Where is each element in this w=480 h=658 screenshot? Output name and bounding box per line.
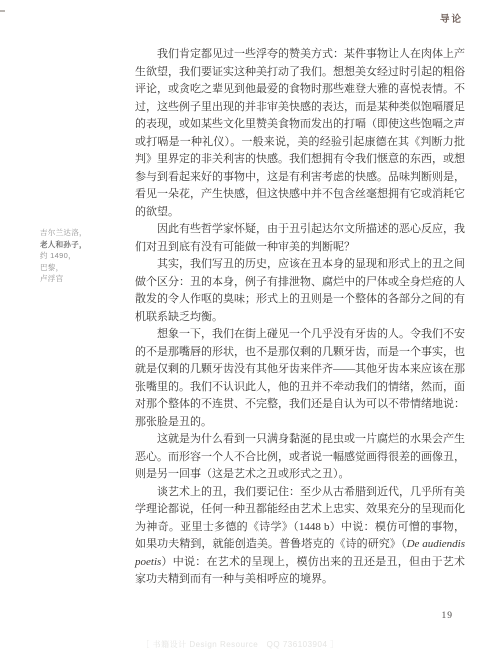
page-number: 19 bbox=[442, 611, 454, 621]
scan-edge-artifact bbox=[0, 10, 5, 12]
paragraph-text: 因此有些哲学家怀疑，由于丑引起达尔文所描述的恶心反应，我们对丑到底有没有可能做一… bbox=[135, 223, 465, 253]
caption-date: 约 1490， bbox=[40, 250, 120, 262]
body-text-column: 我们肯定都见过一些浮夸的赞美方式：某件事物让人在肉体上产生欲望，我们要证实这种美… bbox=[135, 46, 465, 589]
body-paragraph: 其实，我们写丑的历史，应该在丑本身的显现和形式上的丑之间做个区分：丑的本身，例子… bbox=[135, 256, 465, 326]
body-paragraph: 因此有些哲学家怀疑，由于丑引起达尔文所描述的恶心反应，我们对丑到底有没有可能做一… bbox=[135, 221, 465, 256]
caption-artwork-title: 老人和孙子， bbox=[40, 239, 120, 251]
watermark: ［ 书籍设计 Design Resource QQ 736103904 ］ bbox=[0, 639, 480, 650]
body-paragraph: 谈艺术上的丑，我们要记住：至少从古希腊到近代，几乎所有美学理论都说，任何一种丑都… bbox=[135, 484, 465, 589]
paragraph-text: 我们肯定都见过一些浮夸的赞美方式：某件事物让人在肉体上产生欲望，我们要证实这种美… bbox=[135, 48, 465, 218]
body-paragraph: 想象一下，我们在街上碰见一个几乎没有牙齿的人。令我们不安的不是那嘴唇的形状，也不… bbox=[135, 326, 465, 431]
running-header: 导论 bbox=[440, 11, 463, 25]
caption-city: 巴黎， bbox=[40, 262, 120, 274]
body-paragraph: 这就是为什么看到一只满身黏涎的昆虫或一片腐烂的水果会产生恶心。而形容一个人不合比… bbox=[135, 431, 465, 484]
body-paragraph: 我们肯定都见过一些浮夸的赞美方式：某件事物让人在肉体上产生欲望，我们要证实这种美… bbox=[135, 46, 465, 221]
paragraph-text: 想象一下，我们在街上碰见一个几乎没有牙齿的人。令我们不安的不是那嘴唇的形状，也不… bbox=[135, 328, 465, 428]
margin-caption: 吉尔兰达洛， 老人和孙子， 约 1490， 巴黎， 卢浮宫 bbox=[40, 227, 120, 285]
paragraph-text: 这就是为什么看到一只满身黏涎的昆虫或一片腐烂的水果会产生恶心。而形容一个人不合比… bbox=[135, 433, 465, 480]
caption-museum: 卢浮宫 bbox=[40, 273, 120, 285]
book-page: 导论 吉尔兰达洛， 老人和孙子， 约 1490， 巴黎， 卢浮宫 我们肯定都见过… bbox=[0, 0, 480, 658]
paragraph-text: ）中说：在艺术的呈现上，模仿出来的丑还是丑，但由于艺术家功夫精到而有一种与美相呼… bbox=[135, 556, 465, 586]
paragraph-text: 其实，我们写丑的历史，应该在丑本身的显现和形式上的丑之间做个区分：丑的本身，例子… bbox=[135, 258, 465, 323]
caption-artist: 吉尔兰达洛， bbox=[40, 227, 120, 239]
